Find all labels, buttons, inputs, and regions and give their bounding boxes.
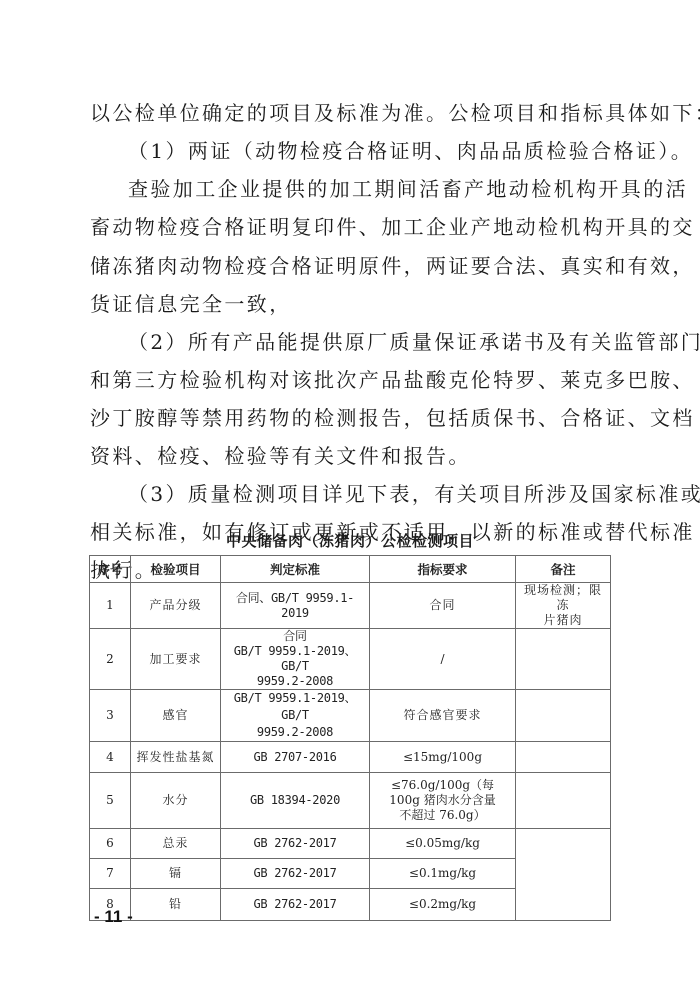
- remark-line: 片猪肉: [519, 613, 607, 628]
- standard-line: GB/T 9959.1-2019、GB/T: [224, 644, 366, 674]
- cell-requirement: ≤76.0g/100g（每 100g 猪肉水分含量 不超过 76.0g）: [370, 773, 516, 829]
- cell-requirement: ≤0.1mg/kg: [370, 859, 516, 889]
- header-standard: 判定标准: [221, 556, 370, 583]
- cell-item: 铅: [131, 889, 221, 921]
- cell-remark: [516, 690, 611, 742]
- cell-standard: 合同 GB/T 9959.1-2019、GB/T 9959.2-2008: [221, 629, 370, 690]
- item1-body-line: 畜动物检疫合格证明复印件、加工企业产地动检机构开具的交: [90, 215, 695, 239]
- cell-requirement: 合同: [370, 583, 516, 629]
- table-title: 中央储备肉（冻猪肉）公检检测项目: [0, 530, 700, 551]
- cell-remark: [516, 742, 611, 773]
- header-item: 检验项目: [131, 556, 221, 583]
- item3-line: （3）质量检测项目详见下表，有关项目所涉及国家标准或: [128, 482, 700, 506]
- cell-item: 产品分级: [131, 583, 221, 629]
- cell-requirement: 符合感官要求: [370, 690, 516, 742]
- cell-standard: GB 2762-2017: [221, 859, 370, 889]
- cell-standard: GB 2762-2017: [221, 889, 370, 921]
- cell-item: 加工要求: [131, 629, 221, 690]
- requirement-line: ≤76.0g/100g（每: [373, 778, 512, 793]
- cell-remark: 现场检测；限冻 片猪肉: [516, 583, 611, 629]
- header-requirement: 指标要求: [370, 556, 516, 583]
- item1-title: （1）两证（动物检疫合格证明、肉品品质检验合格证）。: [128, 139, 693, 163]
- cell-item: 镉: [131, 859, 221, 889]
- cell-remark: [516, 629, 611, 690]
- item2-line: 和第三方检验机构对该批次产品盐酸克伦特罗、莱克多巴胺、: [90, 368, 695, 392]
- requirement-line: 不超过 76.0g）: [373, 808, 512, 823]
- item2-line: （2）所有产品能提供原厂质量保证承诺书及有关监管部门: [128, 330, 700, 354]
- standard-line: 9959.2-2008: [224, 674, 366, 689]
- cell-remark-merged: [516, 829, 611, 921]
- cell-standard: 合同、GB/T 9959.1-2019: [221, 583, 370, 629]
- item1-body-line: 货证信息完全一致，: [90, 292, 292, 316]
- cell-requirement: ≤0.05mg/kg: [370, 829, 516, 859]
- item2-line: 资料、检疫、检验等有关文件和报告。: [90, 444, 471, 468]
- table-row: 6 总汞 GB 2762-2017 ≤0.05mg/kg: [90, 829, 611, 859]
- table-row: 1 产品分级 合同、GB/T 9959.1-2019 合同 现场检测；限冻 片猪…: [90, 583, 611, 629]
- page-number: - 11 -: [94, 907, 133, 927]
- cell-standard: GB/T 9959.1-2019、GB/T 9959.2-2008: [221, 690, 370, 742]
- header-remark: 备注: [516, 556, 611, 583]
- cell-standard: GB 2707-2016: [221, 742, 370, 773]
- standard-line: 合同: [224, 629, 366, 644]
- inspection-table: 序号 检验项目 判定标准 指标要求 备注 1 产品分级 合同、GB/T 9959…: [89, 555, 611, 921]
- standard-line: 9959.2-2008: [224, 724, 366, 741]
- cell-no: 7: [90, 859, 131, 889]
- item2-line: 沙丁胺醇等禁用药物的检测报告，包括质保书、合格证、文档: [90, 406, 695, 430]
- cell-requirement: ≤0.2mg/kg: [370, 889, 516, 921]
- requirement-line: 100g 猪肉水分含量: [373, 793, 512, 808]
- cell-item: 总汞: [131, 829, 221, 859]
- cell-no: 4: [90, 742, 131, 773]
- cell-item: 水分: [131, 773, 221, 829]
- remark-line: 现场检测；限冻: [519, 583, 607, 613]
- cell-no: 3: [90, 690, 131, 742]
- item1-body-line: 查验加工企业提供的加工期间活畜产地动检机构开具的活: [128, 177, 688, 201]
- cell-no: 1: [90, 583, 131, 629]
- cell-no: 5: [90, 773, 131, 829]
- standard-line: GB/T 9959.1-2019、GB/T: [224, 690, 366, 724]
- intro-line: 以公检单位确定的项目及标准为准。公检项目和指标具体如下：: [90, 101, 700, 125]
- cell-no: 6: [90, 829, 131, 859]
- table-header-row: 序号 检验项目 判定标准 指标要求 备注: [90, 556, 611, 583]
- table-row: 2 加工要求 合同 GB/T 9959.1-2019、GB/T 9959.2-2…: [90, 629, 611, 690]
- table-row: 5 水分 GB 18394-2020 ≤76.0g/100g（每 100g 猪肉…: [90, 773, 611, 829]
- cell-standard: GB 2762-2017: [221, 829, 370, 859]
- cell-standard: GB 18394-2020: [221, 773, 370, 829]
- cell-no: 2: [90, 629, 131, 690]
- cell-requirement: /: [370, 629, 516, 690]
- table-row: 4 挥发性盐基氮 GB 2707-2016 ≤15mg/100g: [90, 742, 611, 773]
- cell-remark: [516, 773, 611, 829]
- item1-body-line: 储冻猪肉动物检疫合格证明原件，两证要合法、真实和有效，: [90, 254, 695, 278]
- cell-requirement: ≤15mg/100g: [370, 742, 516, 773]
- header-no: 序号: [90, 556, 131, 583]
- cell-item: 挥发性盐基氮: [131, 742, 221, 773]
- table-row: 3 感官 GB/T 9959.1-2019、GB/T 9959.2-2008 符…: [90, 690, 611, 742]
- cell-item: 感官: [131, 690, 221, 742]
